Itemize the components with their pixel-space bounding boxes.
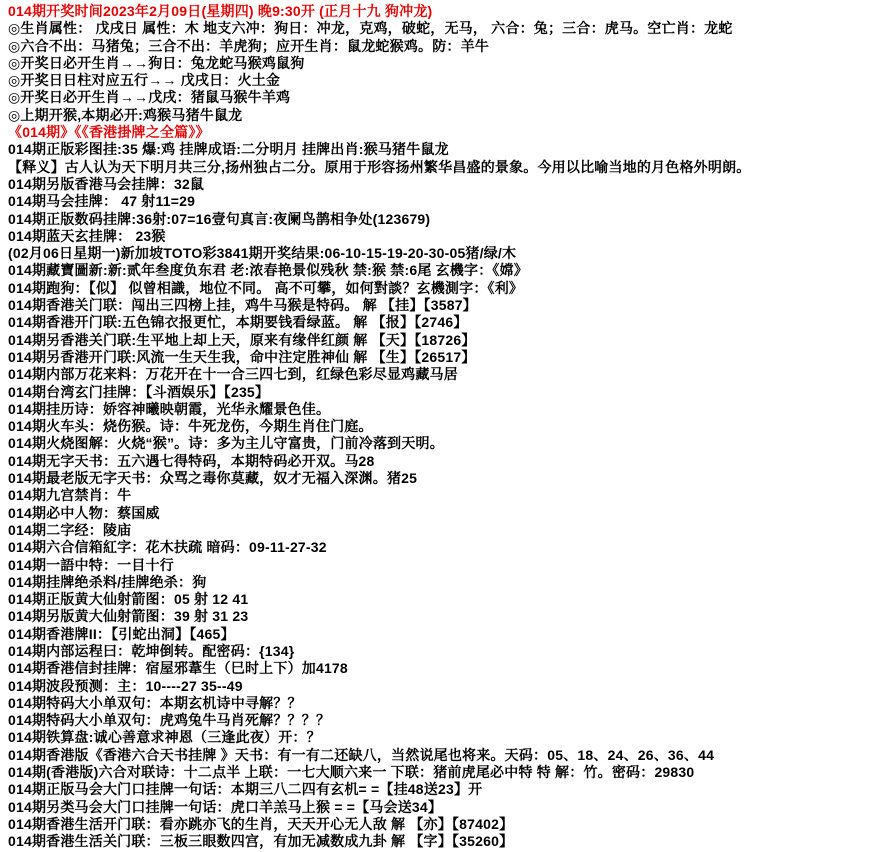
tip-line: 014期内部万花来料：万花开在十一合三四七到，红绿色彩尽显鸡藏马居 [8, 366, 893, 383]
tip-line: 014期特码大小单双句：虎鸡兔牛马肖死解？？？？ [8, 712, 893, 729]
tip-line: ◎六合不出：马猪兔；三合不出：羊虎狗；应开生肖：鼠龙蛇猴鸡。防：羊牛 [8, 38, 893, 55]
tip-line: 014期香港关门联：闯出三四榜上挂，鸡牛马猴是特码。 解 【挂】【3587】 [8, 297, 893, 314]
tip-line: 014期九宫禁肖：牛 [8, 487, 893, 504]
tip-line: 014期香港生活关门联：三板三眼数四宫，有加无减数成九卦 解 【字】【35260… [8, 833, 893, 850]
tip-line: 014期火车头：烧伤猴。诗：牛死龙伤，今期生肖住门庭。 [8, 418, 893, 435]
tip-line: 014期内部运程曰：乾坤倒转。配密码：{134} [8, 643, 893, 660]
draw-time-header: 014期开奖时间2023年2月09日(星期四) 晚9:30开 (正月十九 狗冲龙… [8, 3, 893, 20]
tip-line: 014期另类马会大门口挂牌一句话：虎口羊羔马上猴 = =【马会送34】 [8, 799, 893, 816]
tip-line: 014期(香港版)六合对联诗：十二点半 上联：一七大顺六来一 下联：猪前虎尾必中… [8, 764, 893, 781]
tip-line: 014期香港生活开门联：看亦跳亦飞的生肖，天天开心无人敌 解 【亦】【87402… [8, 816, 893, 833]
tip-line: 014期藏寶圖新:新:贰年叁度负东君 老:浓春艳景似残秋 禁:猴 禁:6尾 玄機… [8, 262, 893, 279]
tip-line: 014期香港信封挂牌：宿屋邪葦生（巳时上下）加4178 [8, 660, 893, 677]
section-title-red: 《014期》《《香港掛牌之全篇》》 [8, 124, 893, 141]
tip-line: ◎生肖属性： 戊戌日 属性：木 地支六冲：狗日：冲龙，克鸡，破蛇，无马， 六合：… [8, 20, 893, 37]
tip-line: 014期六合信箱紅字：花木扶疏 暗码：09-11-27-32 [8, 539, 893, 556]
lottery-tips-sheet: 014期开奖时间2023年2月09日(星期四) 晚9:30开 (正月十九 狗冲龙… [0, 0, 893, 852]
tip-line: 014期正版马会大门口挂牌一句话：本期三八二四有玄机= =【挂48送23】开 [8, 781, 893, 798]
tip-line: 014期正版黄大仙射箭图：05 射 12 41 [8, 591, 893, 608]
tip-line: 014期正版数码挂牌:36射:07=16壹句真言:夜阑鸟鹊相争处(123679) [8, 211, 893, 228]
tip-line: 014期无字天书：五六遇七得特码，本期特码必开双。马28 [8, 453, 893, 470]
tip-line: 014期另版黄大仙射箭图：39 射 31 23 [8, 608, 893, 625]
tip-line: 014期正版彩图挂:35 爆:鸡 挂牌成语:二分明月 挂牌出肖:猴马猪牛鼠龙 [8, 141, 893, 158]
tip-line: 014期台湾玄门挂牌：【斗酒娱乐】【235】 [8, 384, 893, 401]
tip-line: 014期香港版《香港六合天书挂牌 》天书：有一有二还缺八，当然说尾也将来。天码：… [8, 747, 893, 764]
tip-line: 014期波段预测：主：10----27 35--49 [8, 678, 893, 695]
tip-line: 014期马会挂牌： 47 射11=29 [8, 193, 893, 210]
tip-line: 014期二字经：陵庙 [8, 522, 893, 539]
tip-line: 014期挂牌绝杀料/挂牌绝杀：狗 [8, 574, 893, 591]
tip-line: 014期挂历诗：娇容神曦映朝霞，光华永耀景色佳。 [8, 401, 893, 418]
tip-line: 014期特码大小单双句：本期玄机诗中寻解？？ [8, 695, 893, 712]
tip-line: 014期跑狗：【似】 似曾相識，地位不同。 高不可攀，如何對談？玄機測字：《利》 [8, 280, 893, 297]
tip-line: ◎开奖日日柱对应五行→→ 戊戌日：火土金 [8, 72, 893, 89]
tip-line: 014期香港牌II：【引蛇出洞】【465】 [8, 626, 893, 643]
page: { "page": { "background": "#ffffff", "te… [0, 0, 893, 852]
tip-line: ◎开奖日必开生肖→→戊戌：猪鼠马猴牛羊鸡 [8, 89, 893, 106]
tip-line: 014期一語中特：一目十行 [8, 557, 893, 574]
tip-line: (02月06日星期一)新加坡TOTO彩3841期开奖结果:06-10-15-19… [8, 245, 893, 262]
tip-line: 014期另香港关门联:生平地上却上天，原来有缘伴红颜 解 【天】【18726】 [8, 332, 893, 349]
tip-line: 【释义】古人认为天下明月共三分,扬州独占二分。原用于形容扬州繁华昌盛的景象。今用… [8, 159, 893, 176]
tip-line: 014期最老版无字天书：众骂之毒你莫藏，奴才无福入深渊。猪25 [8, 470, 893, 487]
tip-line: 014期香港开门联:五色锦衣报更忙，本期要钱看绿蓝。 解 【报】【2746】 [8, 314, 893, 331]
tip-line: ◎开奖日必开生肖→→狗日：兔龙蛇马猴鸡鼠狗 [8, 55, 893, 72]
tip-line: 014期火烧图解：火烧“猴”。诗：多为主儿守富贵，门前冷落到天明。 [8, 435, 893, 452]
tip-line: 014期必中人物：蔡国威 [8, 505, 893, 522]
tip-line: 014期铁算盘:诚心善意求神恩（三逢此夜）开：？ [8, 729, 893, 746]
tip-line: ◎上期开猴,本期必开:鸡猴马猪牛鼠龙 [8, 107, 893, 124]
tip-line: 014期蓝天玄挂牌： 23猴 [8, 228, 893, 245]
tip-line: 014期另香港开门联:风流一生天生我，命中注定胜神仙 解 【生】【26517】 [8, 349, 893, 366]
text-lines: 014期开奖时间2023年2月09日(星期四) 晚9:30开 (正月十九 狗冲龙… [8, 3, 893, 851]
tip-line: 014期另版香港马会挂牌：32鼠 [8, 176, 893, 193]
